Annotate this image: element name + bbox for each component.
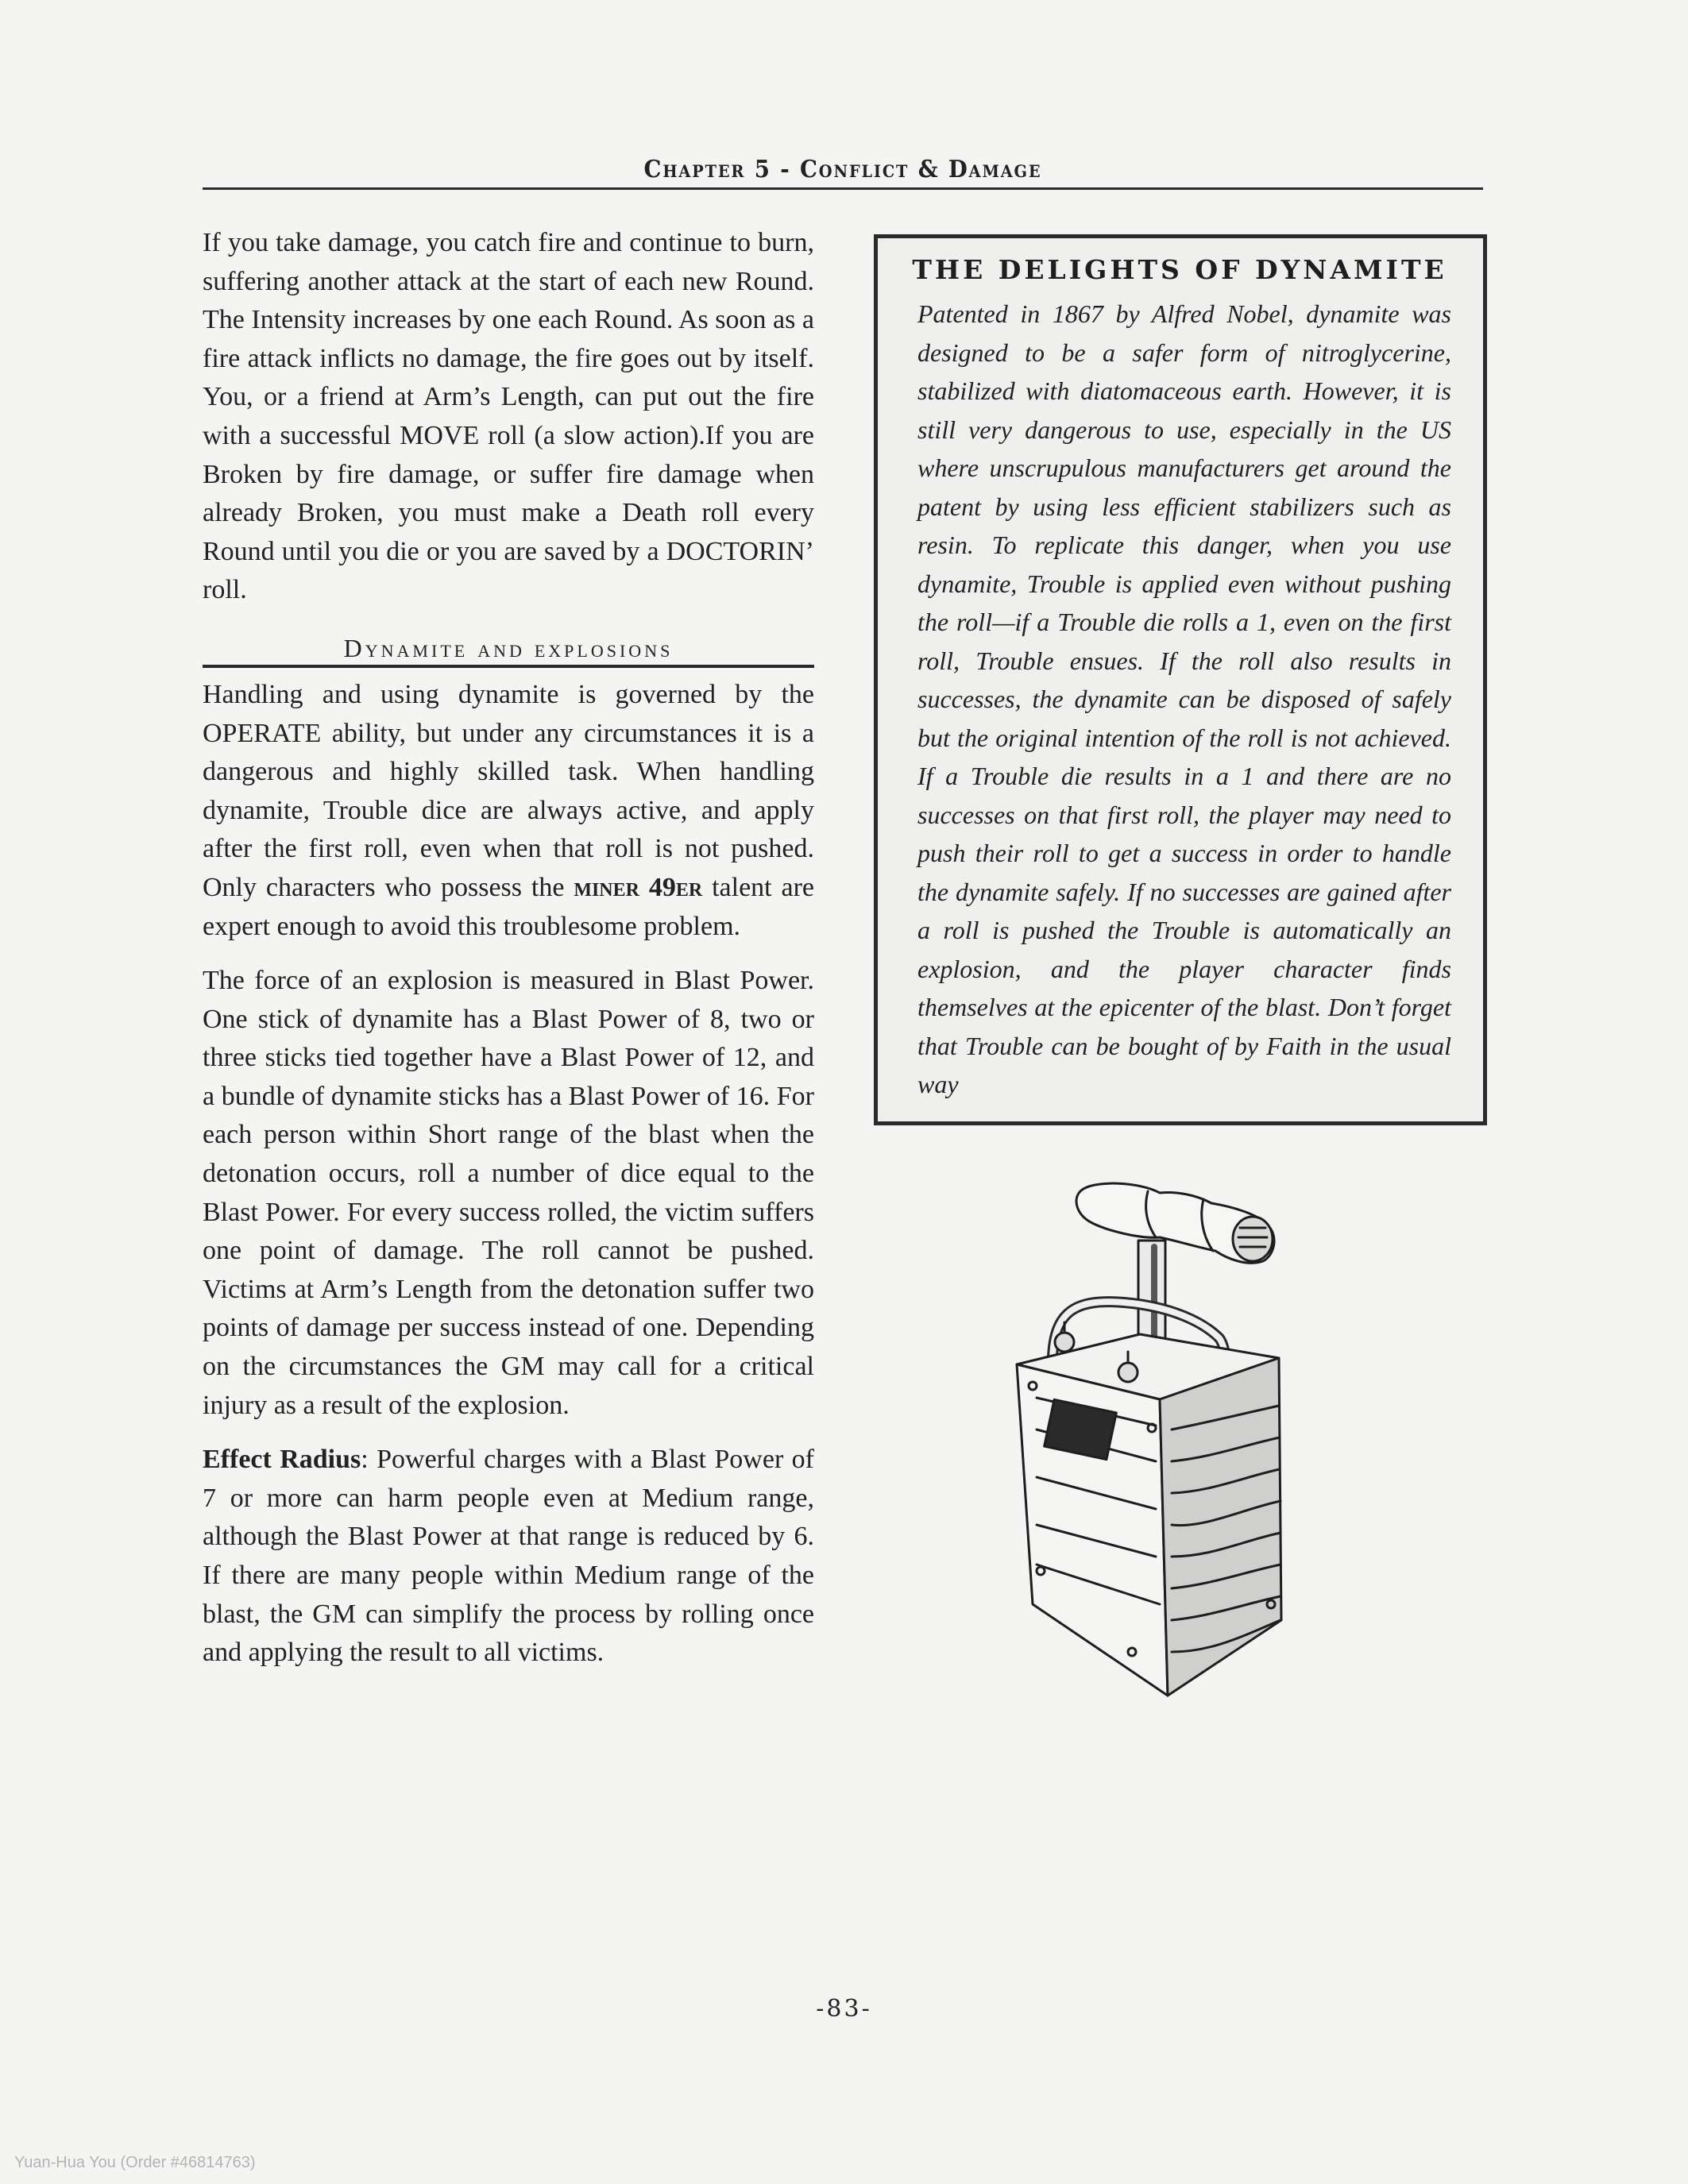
effect-radius-text: : Powerful charges with a Blast Power of… [203, 1445, 814, 1667]
order-watermark: Yuan-Hua You (Order #46814763) [14, 2154, 256, 2172]
section-heading: Dynamite and explosions [203, 634, 814, 665]
blast-paragraph: The force of an explosion is measured in… [203, 962, 814, 1425]
running-header: Chapter 5 - Conflict & Damage [253, 156, 1431, 183]
header-rule [203, 187, 1483, 190]
handling-paragraph: Handling and using dynamite is governed … [203, 676, 814, 946]
page-number: -83- [0, 1995, 1688, 2023]
sidebar-title: THE DELIGHTS OF DYNAMITE [908, 254, 1451, 285]
sidebar-body: Patented in 1867 by Alfred Nobel, dynami… [908, 295, 1451, 1104]
left-column: If you take damage, you catch fire and c… [203, 224, 814, 1673]
effect-radius-label: Effect Radius [203, 1445, 361, 1474]
plunger-detonator-icon [1005, 1175, 1354, 1747]
sidebar-box: THE DELIGHTS OF DYNAMITE Patented in 186… [874, 234, 1487, 1125]
fire-paragraph: If you take damage, you catch fire and c… [203, 224, 814, 610]
talent-name: miner 49er [574, 873, 702, 902]
handling-text-1: Handling and using dynamite is governed … [203, 680, 814, 902]
effect-radius-paragraph: Effect Radius: Powerful charges with a B… [203, 1441, 814, 1673]
section-rule [203, 665, 814, 668]
